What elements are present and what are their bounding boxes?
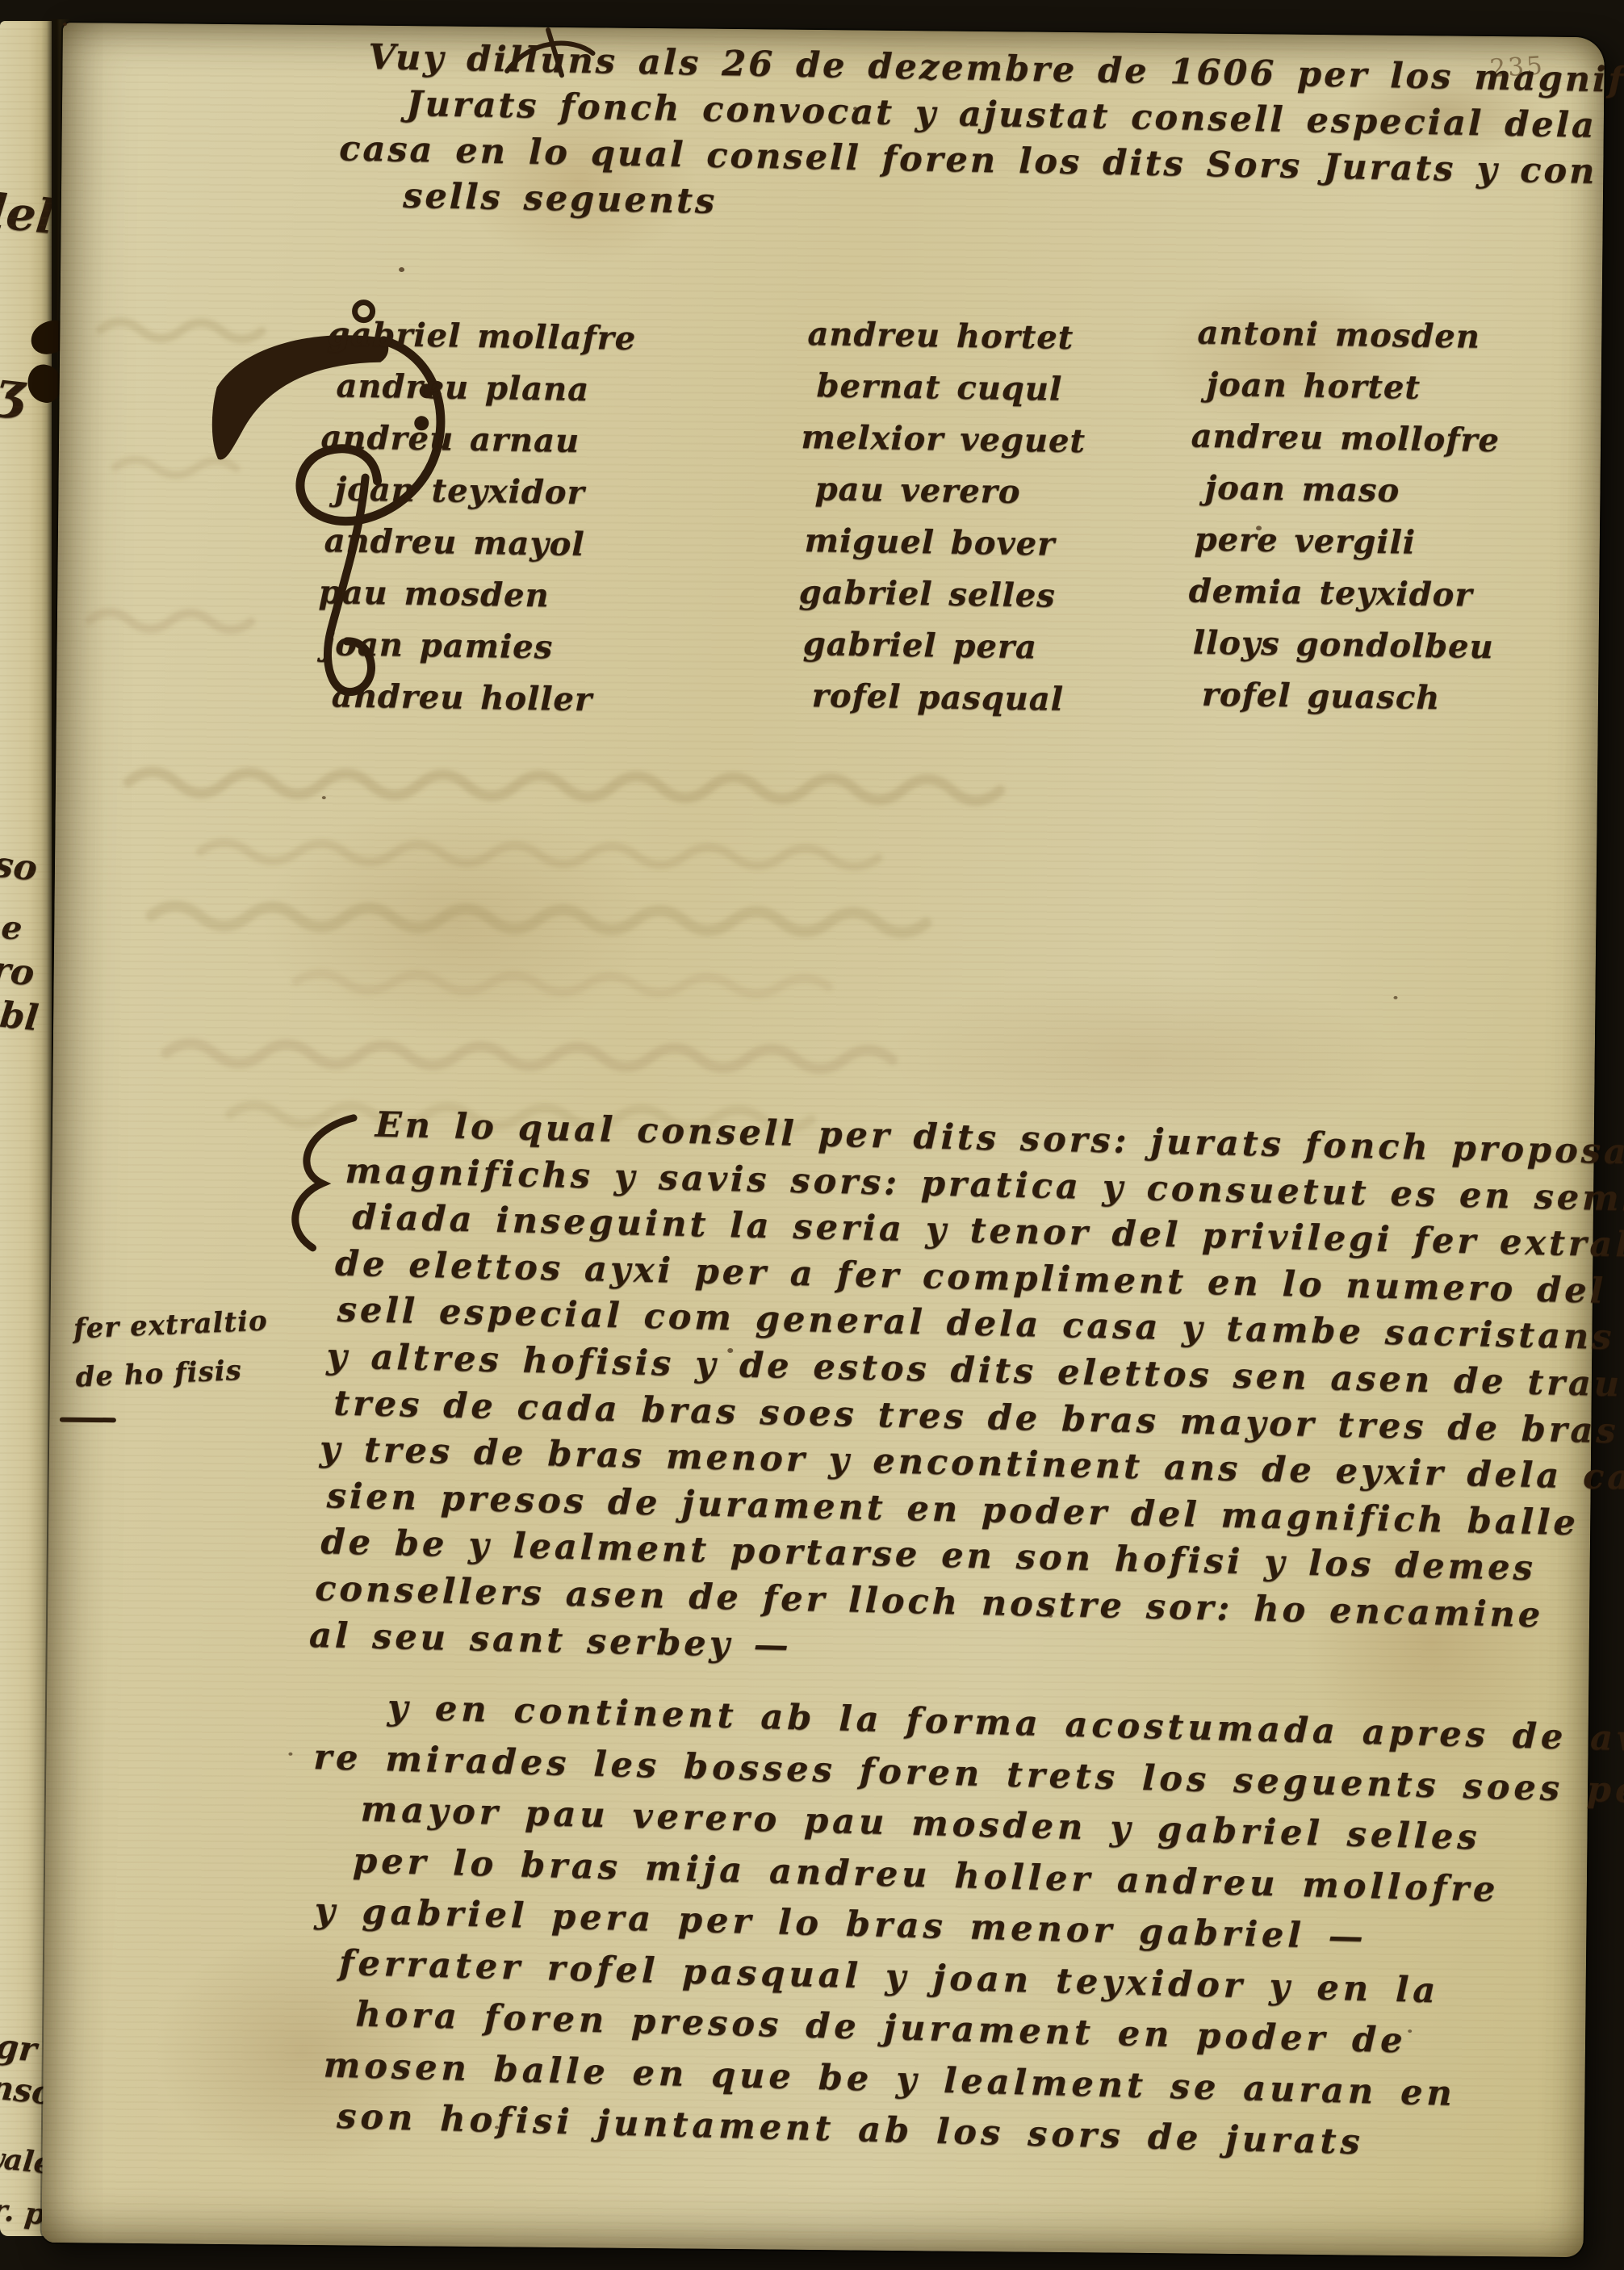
attendee-name: pau verero: [814, 463, 1085, 519]
paper-stain: [174, 750, 742, 1095]
ink-fragment: bl: [0, 995, 40, 1040]
ink-fragment: ʒ: [0, 358, 27, 421]
ink-fragment: lel: [0, 183, 52, 245]
attendee-name: pere vergili: [1194, 514, 1498, 571]
attendee-name: pau mosden: [318, 567, 633, 623]
attendee-column-2: andreu hortetbernat cuqulmelxior veguetp…: [802, 308, 1087, 726]
ink-fragment: so: [0, 844, 40, 889]
attendee-name: andreu plana: [336, 360, 636, 416]
attendee-name: joan teyxidor: [334, 463, 634, 519]
margin-note-line: fer extraltio: [73, 1296, 269, 1353]
margin-note: fer extraltiode ho fisis: [73, 1296, 271, 1401]
ink-fragment: ro: [0, 949, 36, 994]
attendee-name: melxior veguet: [801, 412, 1086, 467]
attendee-name: lloys gondolbeu: [1192, 617, 1496, 673]
attendee-name: andreu hortet: [807, 308, 1087, 364]
proposal-paragraph: En lo qual consell per dits sors: jurats…: [318, 1101, 1624, 1690]
attendee-name: andreu mayol: [324, 515, 634, 572]
attendee-name: joan maso: [1204, 463, 1499, 518]
attendee-name: demia teyxidor: [1188, 565, 1497, 622]
attendee-name: gabriel pera: [802, 618, 1082, 674]
ink-specks: [63, 23, 67, 26]
attendee-column-1: gabriel mollafreandreu planaandreu arnau…: [321, 308, 636, 727]
ink-fragment: gr: [0, 2025, 39, 2069]
attendee-name: gabriel selles: [798, 567, 1083, 622]
attendee-column-3: antoni mosdenjoan hortetandreu mollofrej…: [1191, 308, 1501, 726]
ink-fragment: e: [0, 908, 24, 948]
manuscript-page: 235 Vuy dilluns als 26 de dezembre de 16…: [42, 23, 1605, 2257]
insertion-caret-flourish: [497, 24, 603, 79]
attendee-name: joan pamies: [322, 618, 632, 675]
margin-note-dash: [60, 1418, 116, 1423]
attendee-name: rofel pasqual: [811, 670, 1082, 726]
attendee-name: andreu arnau: [320, 412, 635, 468]
margin-note-line: de ho fisis: [74, 1345, 270, 1401]
attendee-name: bernat cuqul: [816, 360, 1086, 416]
attendee-name: andreu holler: [331, 670, 631, 726]
paragraph-initial-flourish: [274, 1107, 374, 1263]
attendee-name: antoni mosden: [1197, 308, 1501, 364]
scan-background: lelʒsoeroblgrnsoyalenyr. pl: [0, 0, 1624, 2270]
header-paragraph: Vuy dilluns als 26 de dezembre de 1606 p…: [333, 34, 1624, 242]
attendee-name: joan hortet: [1206, 359, 1501, 415]
attendee-name: rofel guasch: [1201, 669, 1496, 725]
attendee-name: andreu mollofre: [1191, 410, 1500, 467]
attendee-name: gabriel mollafre: [327, 308, 637, 365]
attendee-name: miguel bover: [804, 515, 1084, 571]
extraction-paragraph: y en continent ab la forma acostumada ap…: [323, 1682, 1624, 2181]
